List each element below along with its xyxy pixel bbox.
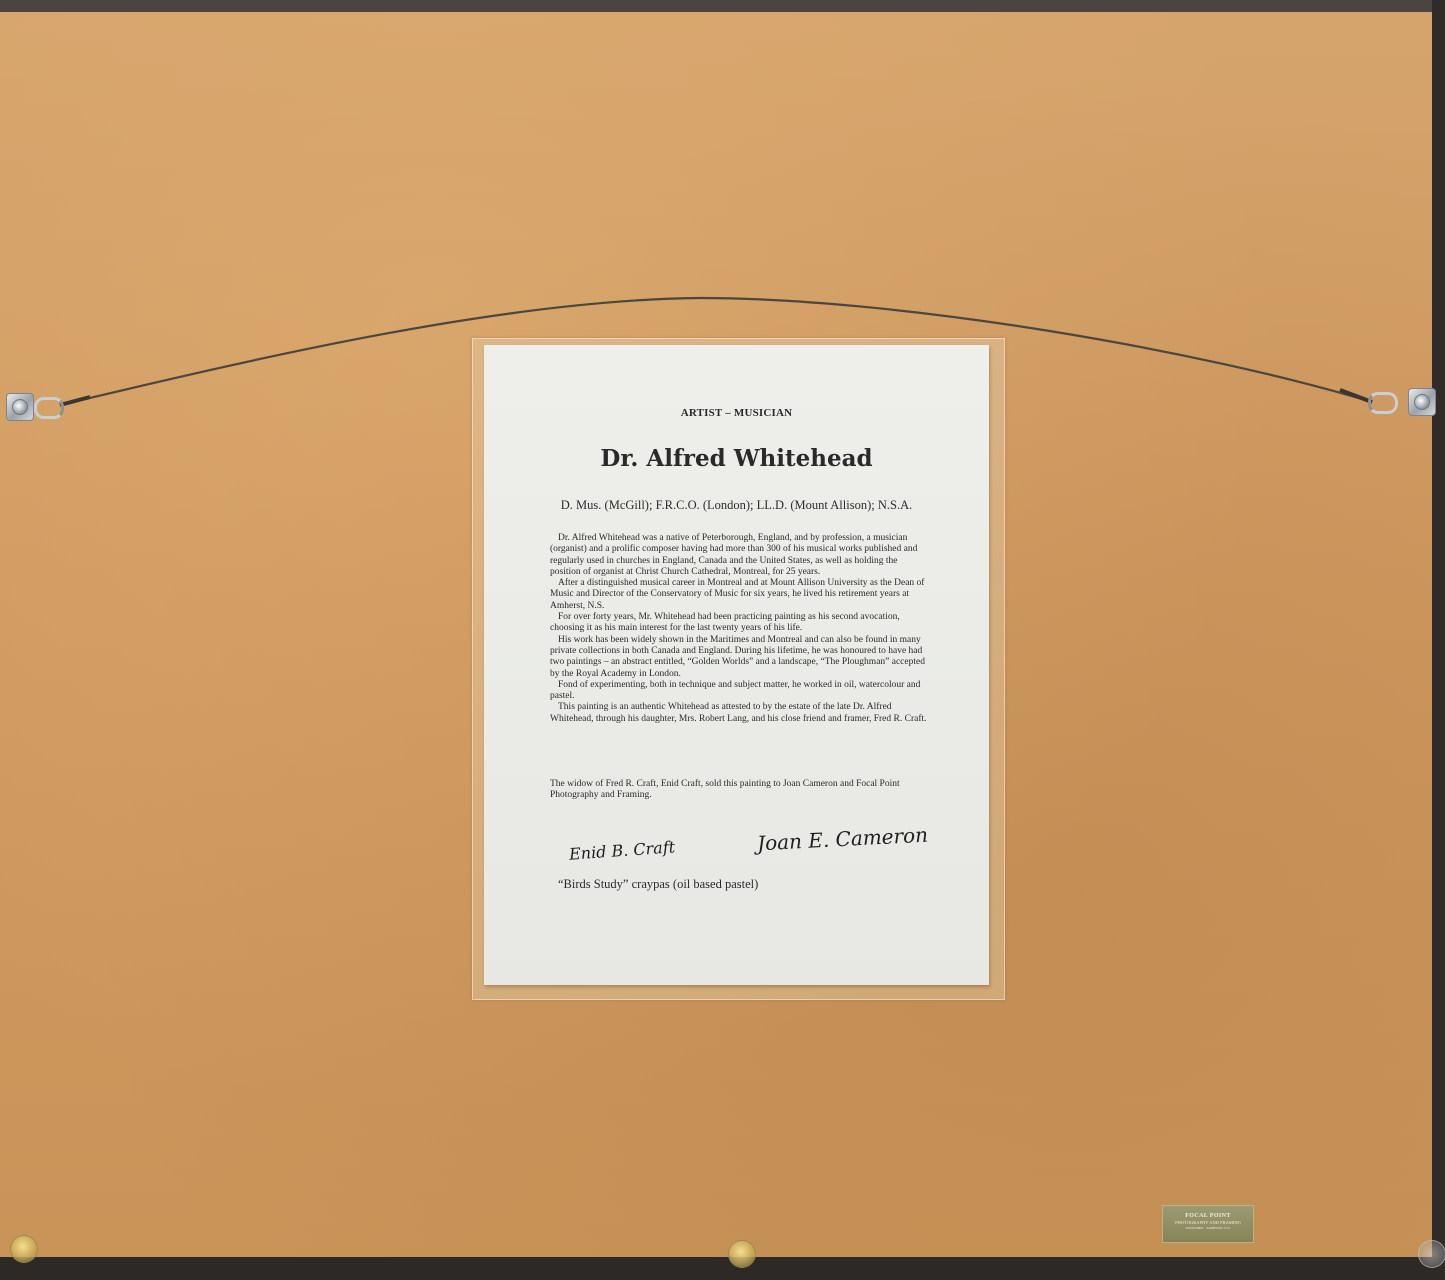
signature-enid-craft: Enid B. Craft [568, 837, 675, 863]
signatures: Enid B. Craft Joan E. Cameron [569, 823, 959, 873]
sale-note: The widow of Fred R. Craft, Enid Craft, … [550, 779, 940, 802]
frame-edge-right [1432, 0, 1445, 1280]
d-ring-hanger-right [1368, 388, 1418, 416]
screw-icon [1414, 394, 1430, 410]
d-ring [34, 397, 64, 419]
wall-bumper-right [1418, 1240, 1445, 1268]
artwork-caption: “Birds Study” craypas (oil based pastel) [558, 877, 758, 892]
framer-line-2: PHOTOGRAPHY AND FRAMING [1163, 1220, 1253, 1225]
frame-edge-bottom [0, 1257, 1445, 1280]
document-title: Dr. Alfred Whitehead [484, 445, 989, 472]
paragraph: His work has been widely shown in the Ma… [550, 635, 930, 680]
provenance-document: ARTIST – MUSICIAN Dr. Alfred Whitehead D… [484, 345, 989, 985]
credentials: D. Mus. (McGill); F.R.C.O. (London); LL.… [484, 498, 989, 513]
d-ring-hanger-left [6, 393, 56, 421]
framer-line-3: TOWNSHIP · AMHERST, N.S. [1163, 1226, 1253, 1230]
framer-label: FOCAL POINT PHOTOGRAPHY AND FRAMING TOWN… [1162, 1205, 1254, 1243]
signature-joan-cameron: Joan E. Cameron [756, 823, 928, 856]
wall-bumper-middle [728, 1240, 756, 1268]
screw-icon [12, 399, 28, 415]
paragraph: This painting is an authentic Whitehead … [550, 702, 930, 725]
d-ring [1368, 392, 1398, 414]
frame-edge-top [0, 0, 1445, 12]
paragraph: Fond of experimenting, both in technique… [550, 680, 930, 703]
document-kicker: ARTIST – MUSICIAN [484, 407, 989, 419]
paragraph: After a distinguished musical career in … [550, 578, 930, 612]
biography: Dr. Alfred Whitehead was a native of Pet… [550, 533, 930, 725]
paragraph: For over forty years, Mr. Whitehead had … [550, 612, 930, 635]
framer-name: FOCAL POINT [1163, 1213, 1253, 1219]
paragraph: Dr. Alfred Whitehead was a native of Pet… [550, 533, 930, 578]
wall-bumper-left [10, 1235, 38, 1263]
